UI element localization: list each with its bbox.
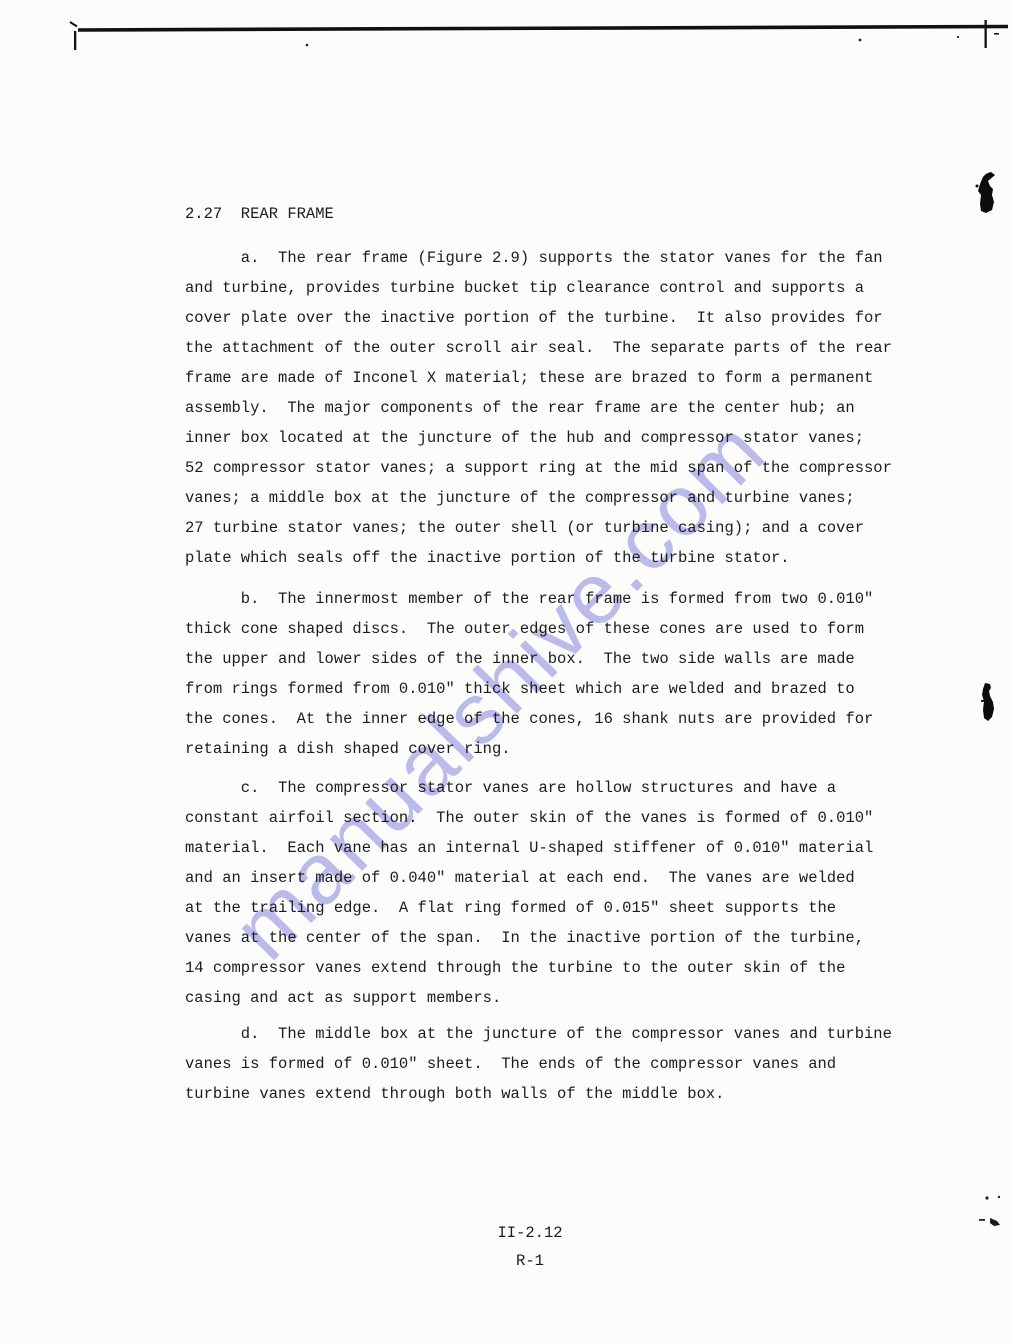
paragraph-d: d. The middle box at the juncture of the…	[185, 1019, 892, 1109]
paragraph-b: b. The innermost member of the rear fram…	[185, 584, 873, 764]
document-text-layer: 2.27 REAR FRAME a. The rear frame (Figur…	[0, 0, 1014, 1344]
page-footer: II-2.12 R-1	[455, 1219, 605, 1275]
paragraph-c: c. The compressor stator vanes are hollo…	[185, 773, 873, 1013]
paragraph-a: a. The rear frame (Figure 2.9) supports …	[185, 243, 892, 573]
section-heading: 2.27 REAR FRAME	[185, 199, 334, 229]
footer-page-number: II-2.12	[455, 1219, 605, 1247]
footer-revision: R-1	[455, 1247, 605, 1275]
scanned-page: manualshive.com 2.27 REAR FRAME a. The r…	[0, 0, 1014, 1344]
